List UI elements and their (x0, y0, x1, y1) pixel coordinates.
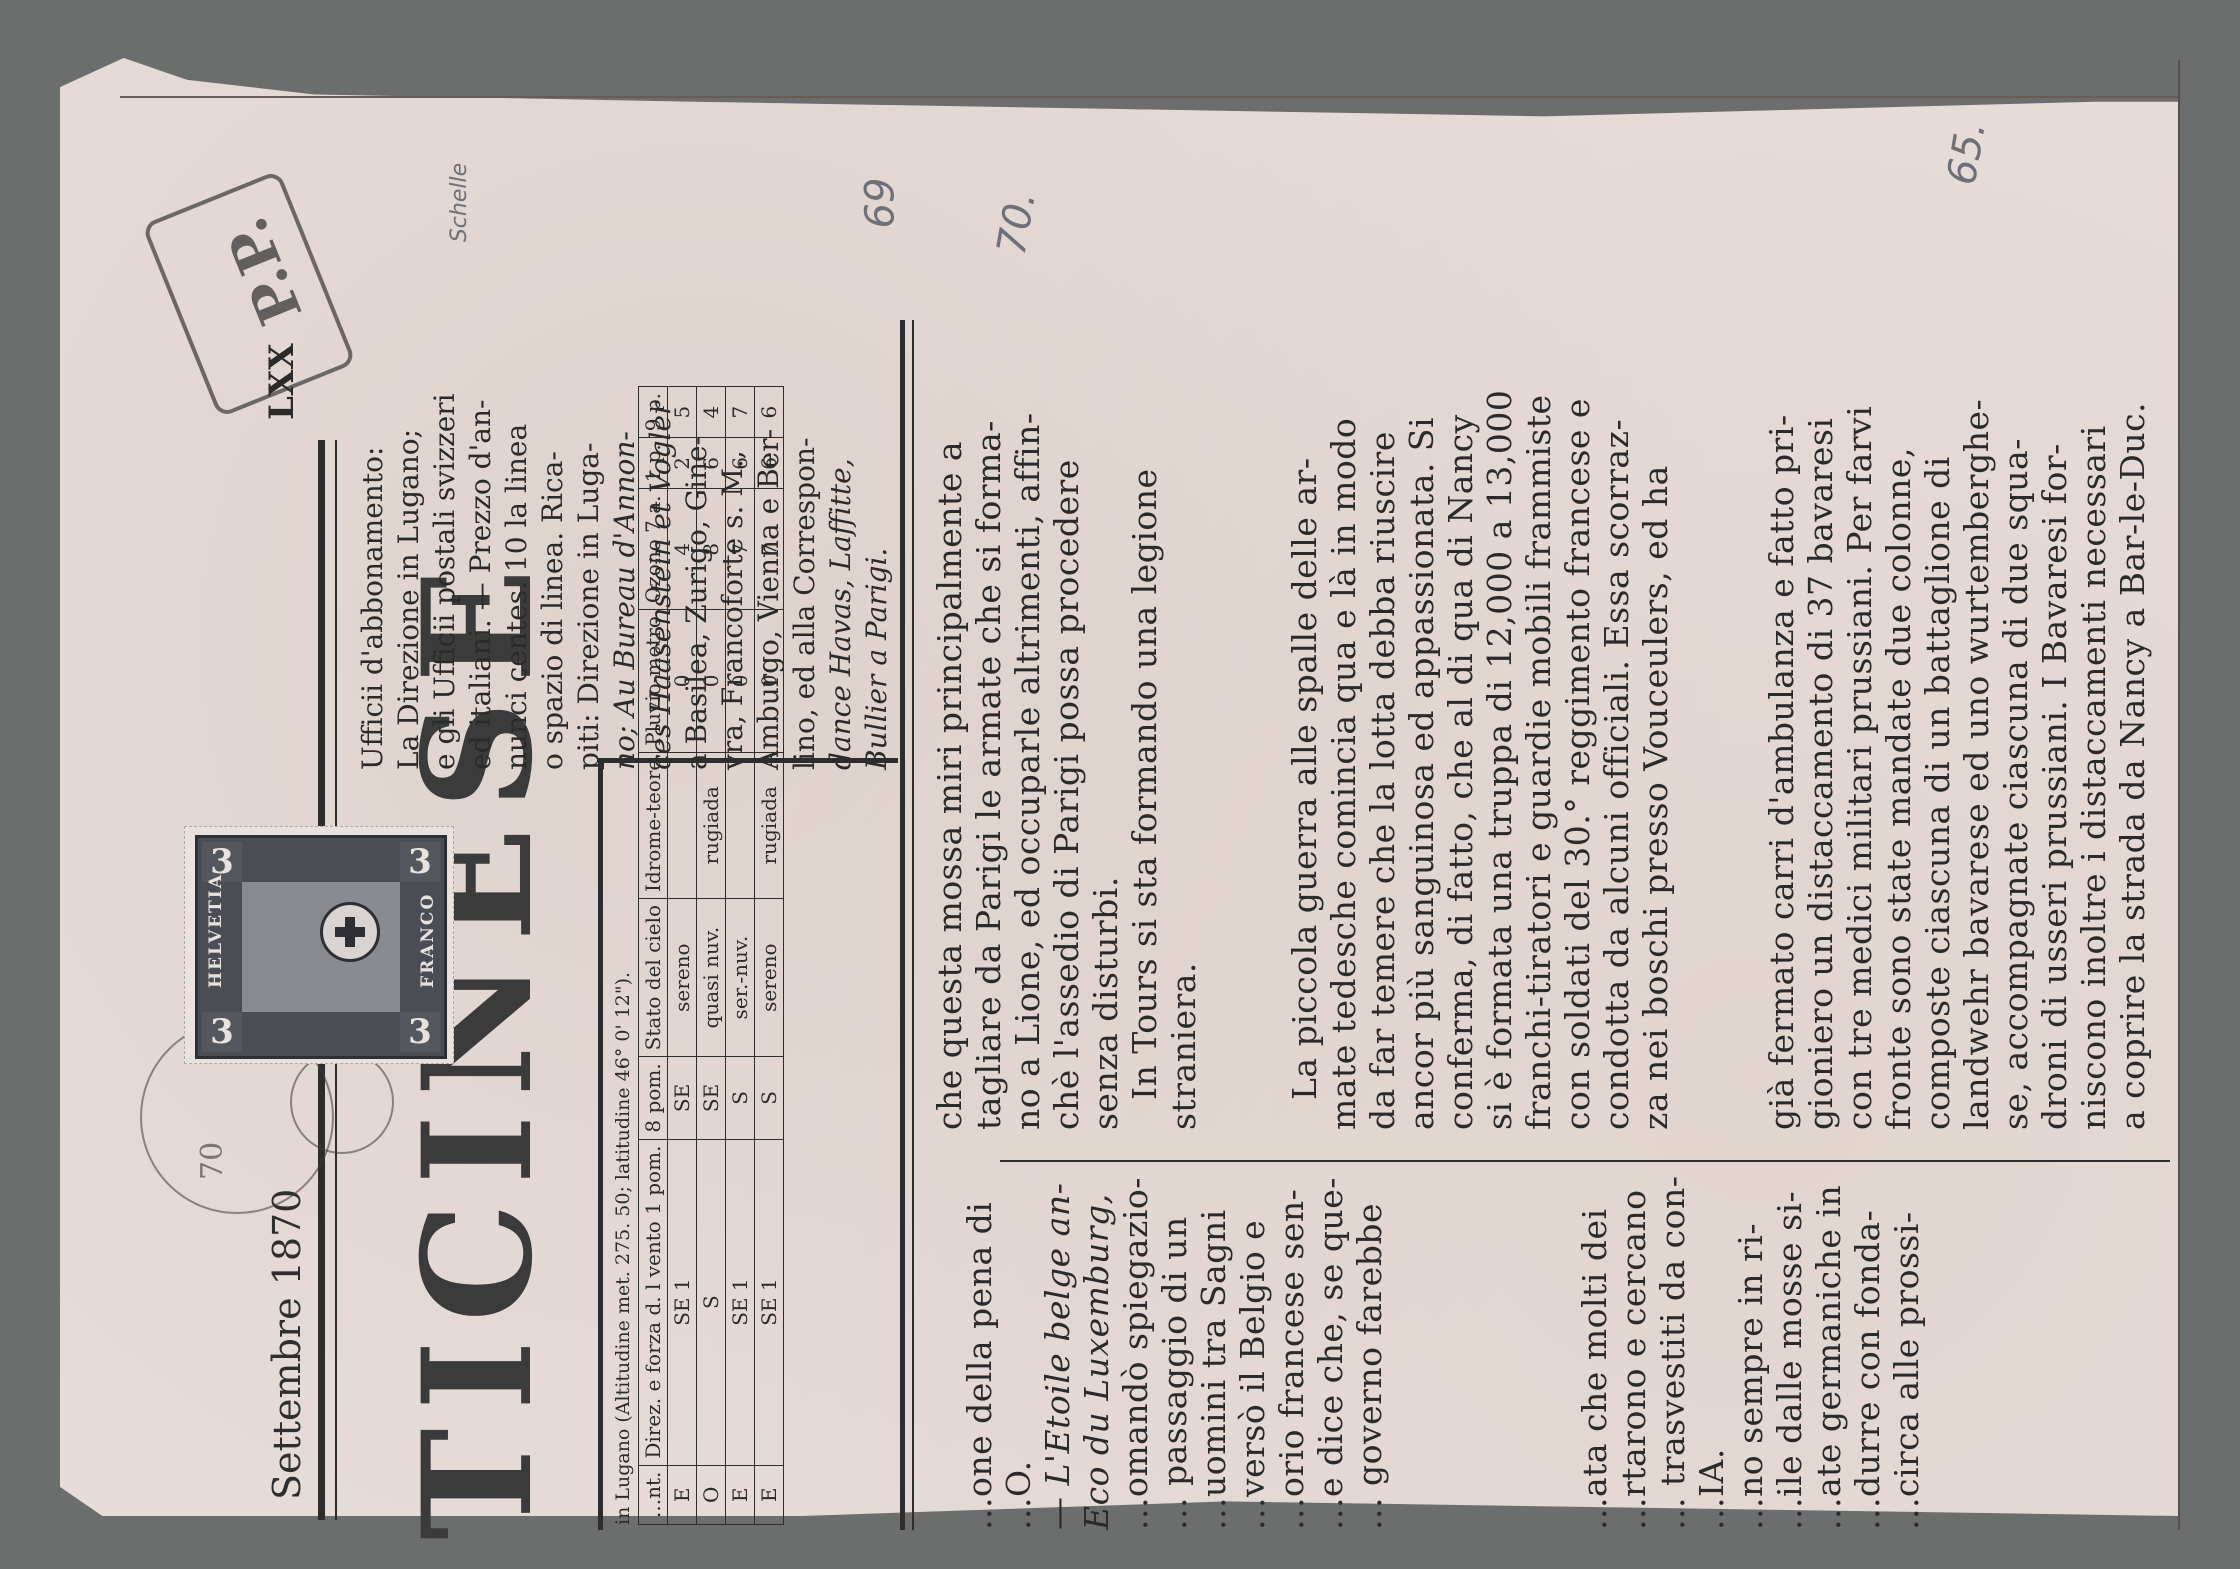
date-line: Settembre 1870 (265, 1189, 309, 1500)
article-paris-armies: che questa mossa miri principalmente a t… (930, 413, 1203, 1131)
column-rule-1 (900, 320, 905, 1530)
column-rule-1b (912, 320, 914, 1530)
stamp-country-label: HELVETIA (206, 873, 226, 988)
helvetia-3c-stamp: 3 3 3 3 HELVETIA FRANCO (184, 826, 454, 1064)
weather-table-row: OSSEquasi nuv.rugiada0864 (697, 386, 726, 1524)
stamp-value-bl: 3 (202, 1012, 242, 1052)
stamp-helvetia-figure (242, 882, 400, 1012)
swiss-cross-shield-icon (320, 902, 380, 962)
article-guerrilla-war-a: La piccola guerra alle spalle delle ar- … (1285, 390, 1675, 1130)
right-border-rule (2178, 60, 2180, 1530)
weather-table-row: ESE 1SEsereno0425 (668, 386, 697, 1524)
article-luxembourg-fragment: ...one della pena di ...O. — L'Etoile be… (960, 1177, 1389, 1530)
pencil-name-note: Schelle (447, 163, 472, 242)
weather-table-header: ...nt. Direz. e forza d. l vento 1 pom. … (639, 386, 668, 1524)
volume-mark: LXX (262, 343, 302, 420)
postmark-circle-small (290, 1050, 394, 1154)
stamp-franco-label: FRANCO (418, 893, 438, 988)
stamp-value-br: 3 (400, 1012, 440, 1052)
weather-table: in Lugano (Altitudine met. 275. 50; lati… (612, 386, 784, 1525)
postmark-year: 70 (195, 1142, 230, 1180)
top-border-rule (120, 96, 2180, 98)
weather-table-row: ESE 1Sserenorugiada0766 (755, 386, 784, 1524)
weather-table-row: ESE 1Sser.-nuv.0767 (726, 386, 755, 1524)
pencil-number-69: 69 (857, 178, 903, 229)
section-divider-rule (1000, 1160, 2170, 1162)
article-german-moves-fragment: ...ata che molti dei ...rtarono e cercan… (1575, 1176, 1926, 1530)
stamp-design: 3 3 3 3 HELVETIA FRANCO (195, 835, 447, 1059)
article-guerrilla-war-b: già fermato carri d'ambulanza e fatto pr… (1762, 399, 2152, 1130)
weather-table-frame-left (598, 760, 603, 1530)
stamp-value-tr: 3 (400, 842, 440, 882)
